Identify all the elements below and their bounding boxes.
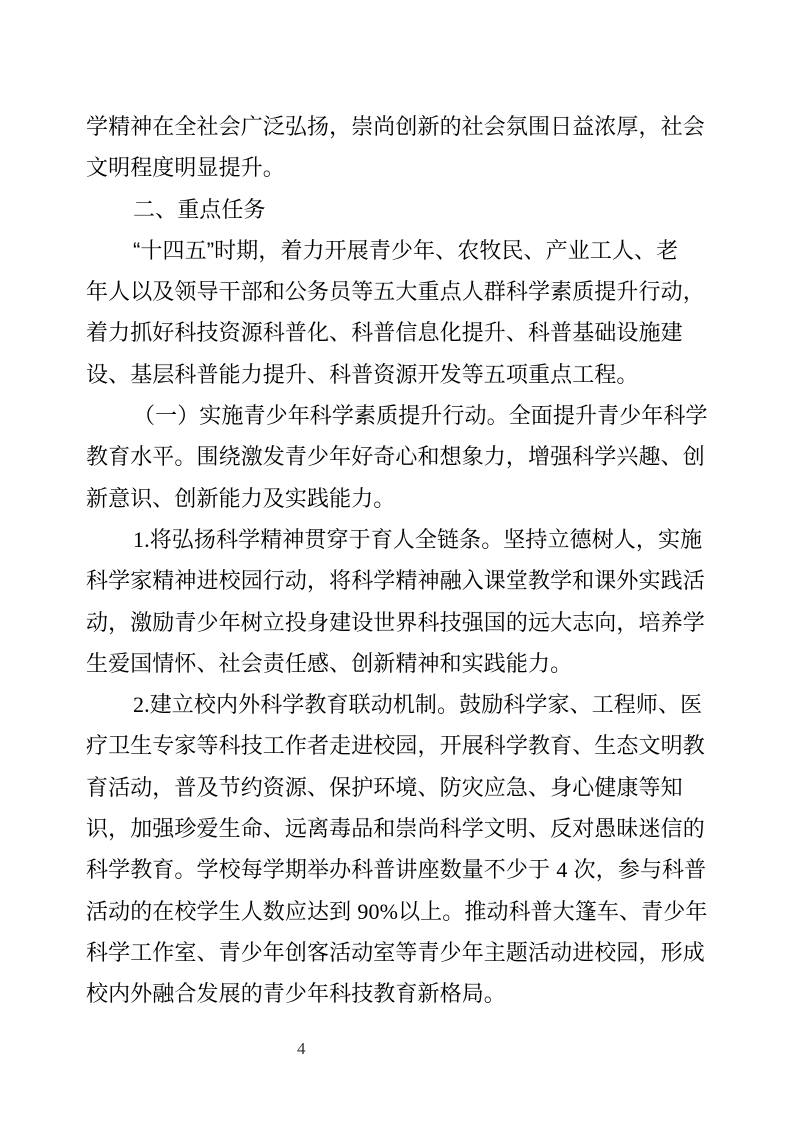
text-line: 着力抓好科技资源科普化、科普信息化提升、科普基础设施建 — [86, 312, 746, 353]
text-line: 学精神在全社会广泛弘扬，崇尚创新的社会氛围日益浓厚，社会 — [86, 106, 746, 147]
latin-text: 1. — [133, 527, 150, 552]
text-line: 育活动，普及节约资源、保护环境、防灾应急、身心健康等知 — [86, 767, 746, 808]
text-line: “十四五”时期，着力开展青少年、农牧民、产业工人、老 — [86, 230, 746, 271]
document-page: 学精神在全社会广泛弘扬，崇尚创新的社会氛围日益浓厚，社会文明程度明显提升。二、重… — [0, 0, 793, 1122]
text-line: 疗卫生专家等科技工作者走进校园，开展科学教育、生态文明教 — [86, 725, 746, 766]
latin-text: 2. — [133, 692, 150, 717]
text-line: 识，加强珍爱生命、远离毒品和崇尚科学文明、反对愚昧迷信的 — [86, 808, 746, 849]
text-line: 文明程度明显提升。 — [86, 147, 746, 188]
latin-text: 90% — [357, 899, 398, 924]
text-line: 教育水平。围绕激发青少年好奇心和想象力，增强科学兴趣、创 — [86, 436, 746, 477]
text-line: 活动的在校学生人数应达到 90%以上。推动科普大篷车、青少年 — [86, 891, 746, 932]
text-line: 科学工作室、青少年创客活动室等青少年主题活动进校园，形成 — [86, 932, 746, 973]
text-line: 动，激励青少年树立投身建设世界科技强国的远大志向，培养学 — [86, 602, 746, 643]
text-line: 生爱国情怀、社会责任感、创新精神和实践能力。 — [86, 643, 746, 684]
text-line: 科学家精神进校园行动，将科学精神融入课堂教学和课外实践活 — [86, 560, 746, 601]
text-line: 设、基层科普能力提升、科普资源开发等五项重点工程。 — [86, 354, 746, 395]
text-line: 1.将弘扬科学精神贯穿于育人全链条。坚持立德树人，实施 — [86, 519, 746, 560]
text-line: 新意识、创新能力及实践能力。 — [86, 478, 746, 519]
section-heading: 二、重点任务 — [86, 189, 746, 230]
text-line: 校内外融合发展的青少年科技教育新格局。 — [86, 973, 746, 1014]
text-line: 科学教育。学校每学期举办科普讲座数量不少于 4 次，参与科普 — [86, 849, 746, 890]
page-body: 学精神在全社会广泛弘扬，崇尚创新的社会氛围日益浓厚，社会文明程度明显提升。二、重… — [86, 106, 746, 1015]
text-line: 2.建立校内外科学教育联动机制。鼓励科学家、工程师、医 — [86, 684, 746, 725]
page-number: 4 — [297, 1039, 306, 1059]
text-line: 年人以及领导干部和公务员等五大重点人群科学素质提升行动， — [86, 271, 746, 312]
latin-text: 4 — [556, 857, 567, 882]
text-line: （一）实施青少年科学素质提升行动。全面提升青少年科学 — [86, 395, 746, 436]
